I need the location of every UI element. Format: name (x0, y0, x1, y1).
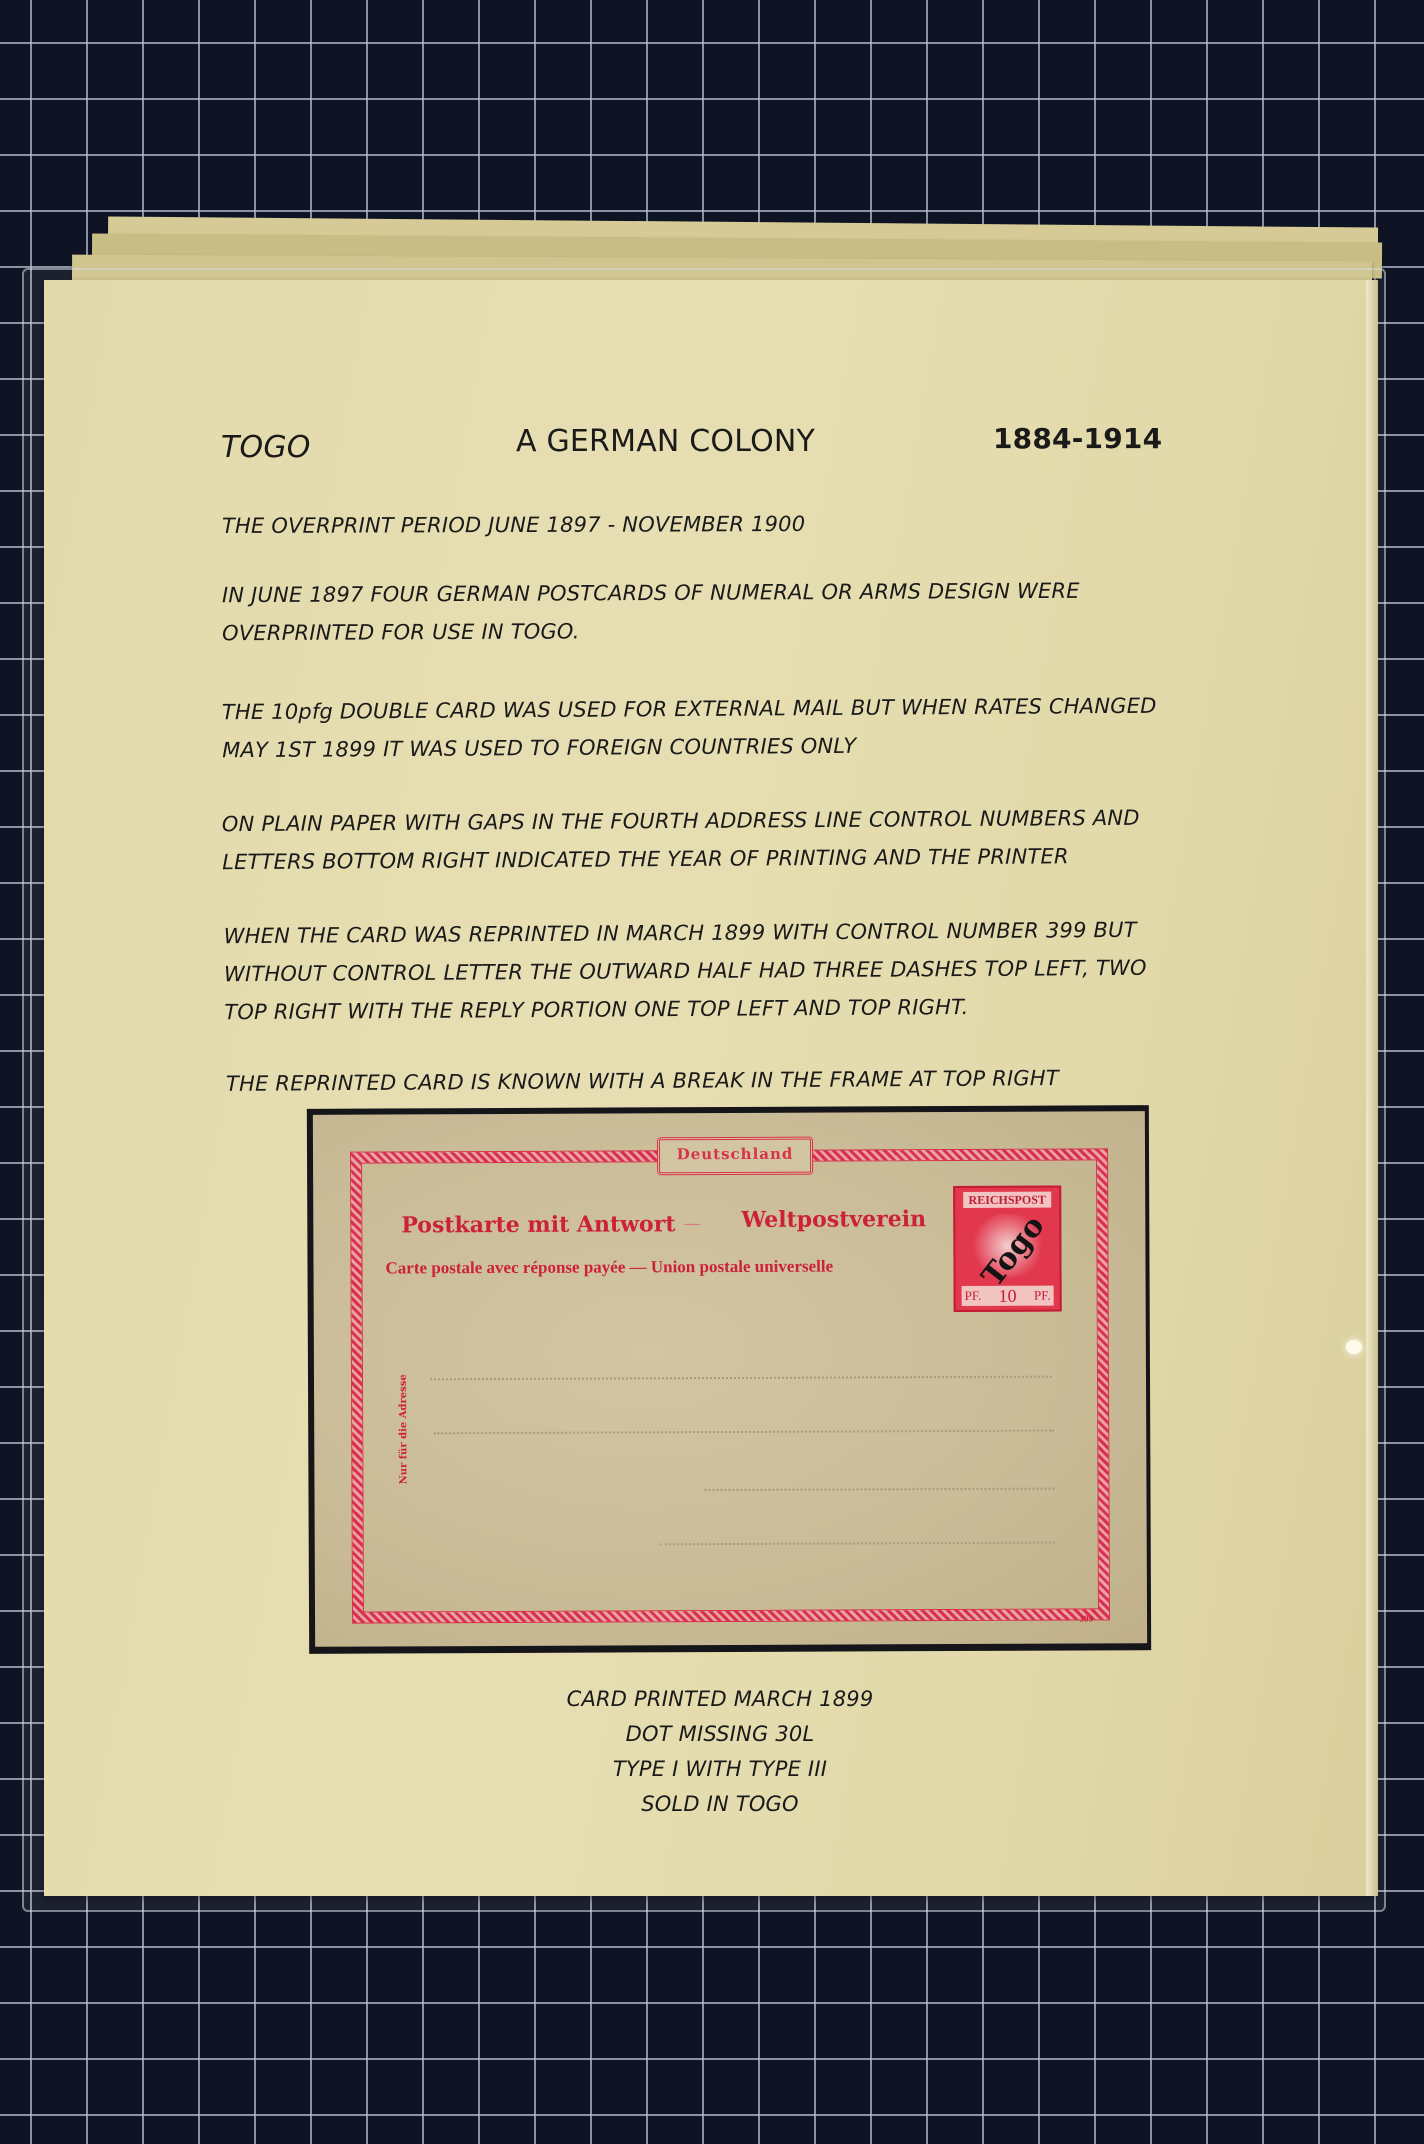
caption-line: CARD PRINTED MARCH 1899 (470, 1682, 970, 1717)
page-heading-years: 1884-1914 (993, 422, 1162, 455)
light-glare (1346, 1340, 1362, 1354)
page-heading-subtitle: A GERMAN COLONY (516, 424, 815, 459)
postcard-title-french: Carte postale avec réponse payée — Union… (385, 1257, 833, 1279)
postcard-side-note: Nur für die Adresse (398, 1374, 409, 1484)
postcard-title-german-left: Postkarte mit Antwort (401, 1211, 675, 1238)
postcard-mount: Deutschland Postkarte mit Antwort — Welt… (307, 1105, 1151, 1654)
paragraph-line: OVERPRINTED FOR USE IN TOGO. (222, 610, 1080, 652)
paragraph-plain-paper: ON PLAIN PAPER WITH GAPS IN THE FOURTH A… (222, 799, 1140, 881)
paragraph-line: WHEN THE CARD WAS REPRINTED IN MARCH 189… (224, 911, 1147, 955)
paragraph-overprint-period: THE OVERPRINT PERIOD JUNE 1897 - NOVEMBE… (222, 505, 805, 545)
caption-line: TYPE I WITH TYPE III (470, 1752, 970, 1787)
paragraph-june-1897: IN JUNE 1897 FOUR GERMAN POSTCARDS OF NU… (222, 572, 1080, 652)
postcard: Deutschland Postkarte mit Antwort — Welt… (313, 1111, 1147, 1647)
postcard-title-german-right: Weltpostverein (741, 1206, 926, 1233)
stamp-right-unit: PF. (1034, 1288, 1051, 1304)
paragraph-line: TOP RIGHT WITH THE REPLY PORTION ONE TOP… (224, 987, 1147, 1031)
paragraph-line: THE 10pfg DOUBLE CARD WAS USED FOR EXTER… (222, 687, 1157, 732)
caption-line: DOT MISSING 30L (470, 1717, 970, 1752)
paragraph-line: IN JUNE 1897 FOUR GERMAN POSTCARDS OF NU… (222, 572, 1080, 614)
paragraph-frame-break: THE REPRINTED CARD IS KNOWN WITH A BREAK… (226, 1059, 1059, 1103)
stamp-value-row: PF. 10 PF. (962, 1286, 1054, 1306)
page-heading-country: TOGO (221, 430, 311, 465)
imprinted-stamp: REICHSPOST PF. 10 PF. Togo (953, 1186, 1062, 1312)
stamp-top-label: REICHSPOST (963, 1192, 1051, 1208)
postcard-cartouche: Deutschland (657, 1137, 813, 1176)
caption-line: SOLD IN TOGO (470, 1787, 970, 1822)
postcard-title-separator: — (683, 1213, 701, 1234)
paragraph-10pfg-card: THE 10pfg DOUBLE CARD WAS USED FOR EXTER… (222, 687, 1157, 770)
paragraph-line: THE OVERPRINT PERIOD JUNE 1897 - NOVEMBE… (222, 505, 805, 545)
control-number: 399 (1080, 1613, 1094, 1623)
paragraph-line: WITHOUT CONTROL LETTER THE OUTWARD HALF … (224, 949, 1147, 993)
paragraph-line: ON PLAIN PAPER WITH GAPS IN THE FOURTH A… (222, 799, 1140, 843)
stamp-left-unit: PF. (965, 1288, 982, 1304)
paragraph-reprint: WHEN THE CARD WAS REPRINTED IN MARCH 189… (224, 911, 1147, 1031)
card-caption: CARD PRINTED MARCH 1899 DOT MISSING 30L … (470, 1682, 970, 1822)
paragraph-line: THE REPRINTED CARD IS KNOWN WITH A BREAK… (226, 1059, 1059, 1103)
paragraph-line: MAY 1ST 1899 IT WAS USED TO FOREIGN COUN… (222, 725, 1157, 770)
paragraph-line: LETTERS BOTTOM RIGHT INDICATED THE YEAR … (222, 837, 1140, 881)
